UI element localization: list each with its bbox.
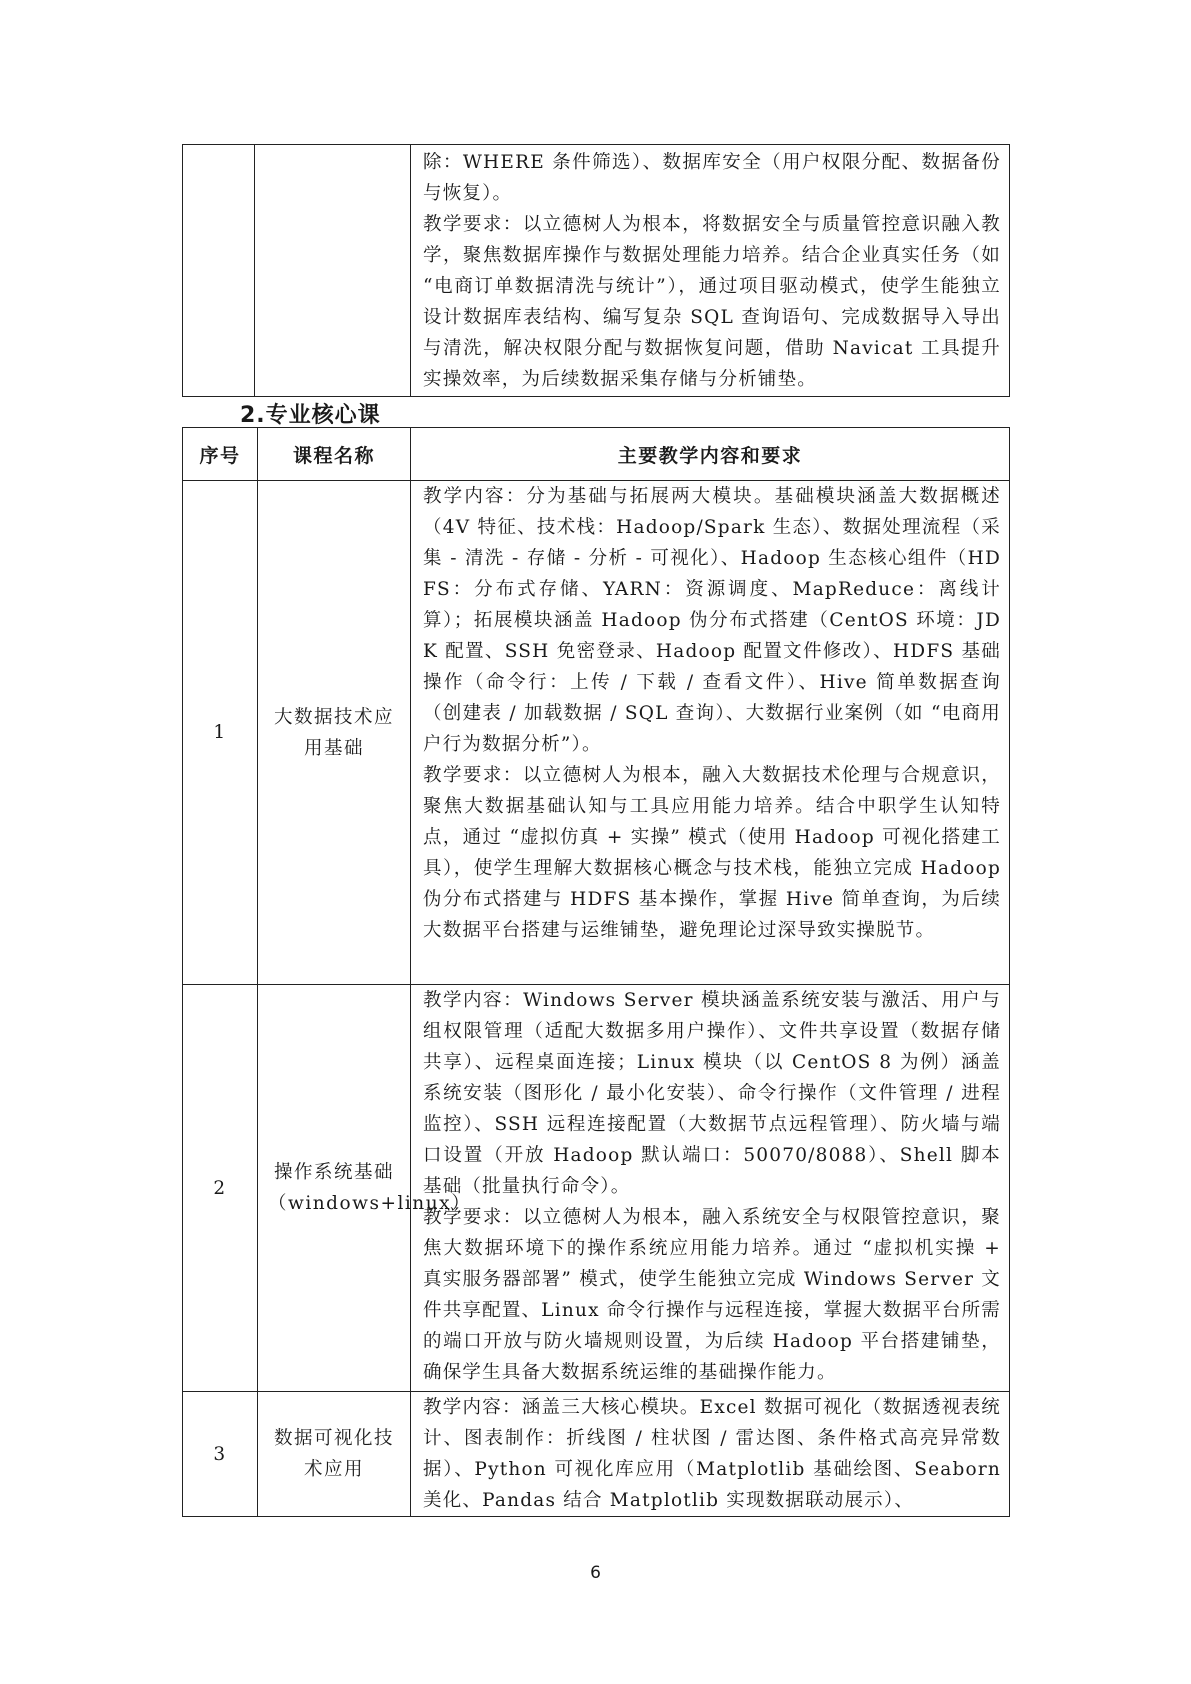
index-cell: 2 (183, 985, 258, 1392)
course-name-cell: 数据可视化技术应用 (258, 1392, 411, 1517)
table-row: 3 数据可视化技术应用 教学内容：涵盖三大核心模块。Excel 数据可视化（数据… (183, 1392, 1010, 1517)
teaching-requirement-text: 教学要求：以立德树人为根本，将数据安全与质量管控意识融入教学，聚焦数据库操作与数… (411, 209, 1009, 395)
content-cell: 教学内容：涵盖三大核心模块。Excel 数据可视化（数据透视表统计、图表制作：折… (411, 1392, 1010, 1517)
continuation-table: 除：WHERE 条件筛选）、数据库安全（用户权限分配、数据备份与恢复）。 教学要… (182, 144, 1010, 397)
teaching-content-text: 教学内容：涵盖三大核心模块。Excel 数据可视化（数据透视表统计、图表制作：折… (411, 1392, 1009, 1516)
content-cell: 教学内容：分为基础与拓展两大模块。基础模块涵盖大数据概述（4V 特征、技术栈：H… (411, 481, 1010, 985)
header-course-name: 课程名称 (258, 428, 411, 481)
course-name-cell (255, 145, 411, 397)
core-course-table: 序号 课程名称 主要教学内容和要求 1 大数据技术应用基础 教学内容：分为基础与… (182, 427, 1010, 1517)
course-name-cell: 操作系统基础（windows+linux） (258, 985, 411, 1392)
teaching-content-text: 除：WHERE 条件筛选）、数据库安全（用户权限分配、数据备份与恢复）。 (411, 147, 1009, 209)
content-cell: 教学内容：Windows Server 模块涵盖系统安装与激活、用户与组权限管理… (411, 985, 1010, 1392)
index-cell: 1 (183, 481, 258, 985)
teaching-content-text: 教学内容：Windows Server 模块涵盖系统安装与激活、用户与组权限管理… (411, 985, 1009, 1202)
header-index: 序号 (183, 428, 258, 481)
section-heading: 2.专业核心课 (240, 398, 381, 429)
teaching-requirement-text: 教学要求：以立德树人为根本，融入大数据技术伦理与合规意识，聚焦大数据基础认知与工… (411, 760, 1009, 946)
table-row: 1 大数据技术应用基础 教学内容：分为基础与拓展两大模块。基础模块涵盖大数据概述… (183, 481, 1010, 985)
index-cell (183, 145, 255, 397)
table-row: 2 操作系统基础（windows+linux） 教学内容：Windows Ser… (183, 985, 1010, 1392)
content-cell: 除：WHERE 条件筛选）、数据库安全（用户权限分配、数据备份与恢复）。 教学要… (411, 145, 1010, 397)
table-header-row: 序号 课程名称 主要教学内容和要求 (183, 428, 1010, 481)
header-content: 主要教学内容和要求 (411, 428, 1010, 481)
teaching-requirement-text: 教学要求：以立德树人为根本，融入系统安全与权限管控意识，聚焦大数据环境下的操作系… (411, 1202, 1009, 1388)
table-row: 除：WHERE 条件筛选）、数据库安全（用户权限分配、数据备份与恢复）。 教学要… (183, 145, 1010, 397)
course-name-cell: 大数据技术应用基础 (258, 481, 411, 985)
teaching-content-text: 教学内容：分为基础与拓展两大模块。基础模块涵盖大数据概述（4V 特征、技术栈：H… (411, 481, 1009, 760)
page-number: 6 (0, 1563, 1191, 1583)
index-cell: 3 (183, 1392, 258, 1517)
